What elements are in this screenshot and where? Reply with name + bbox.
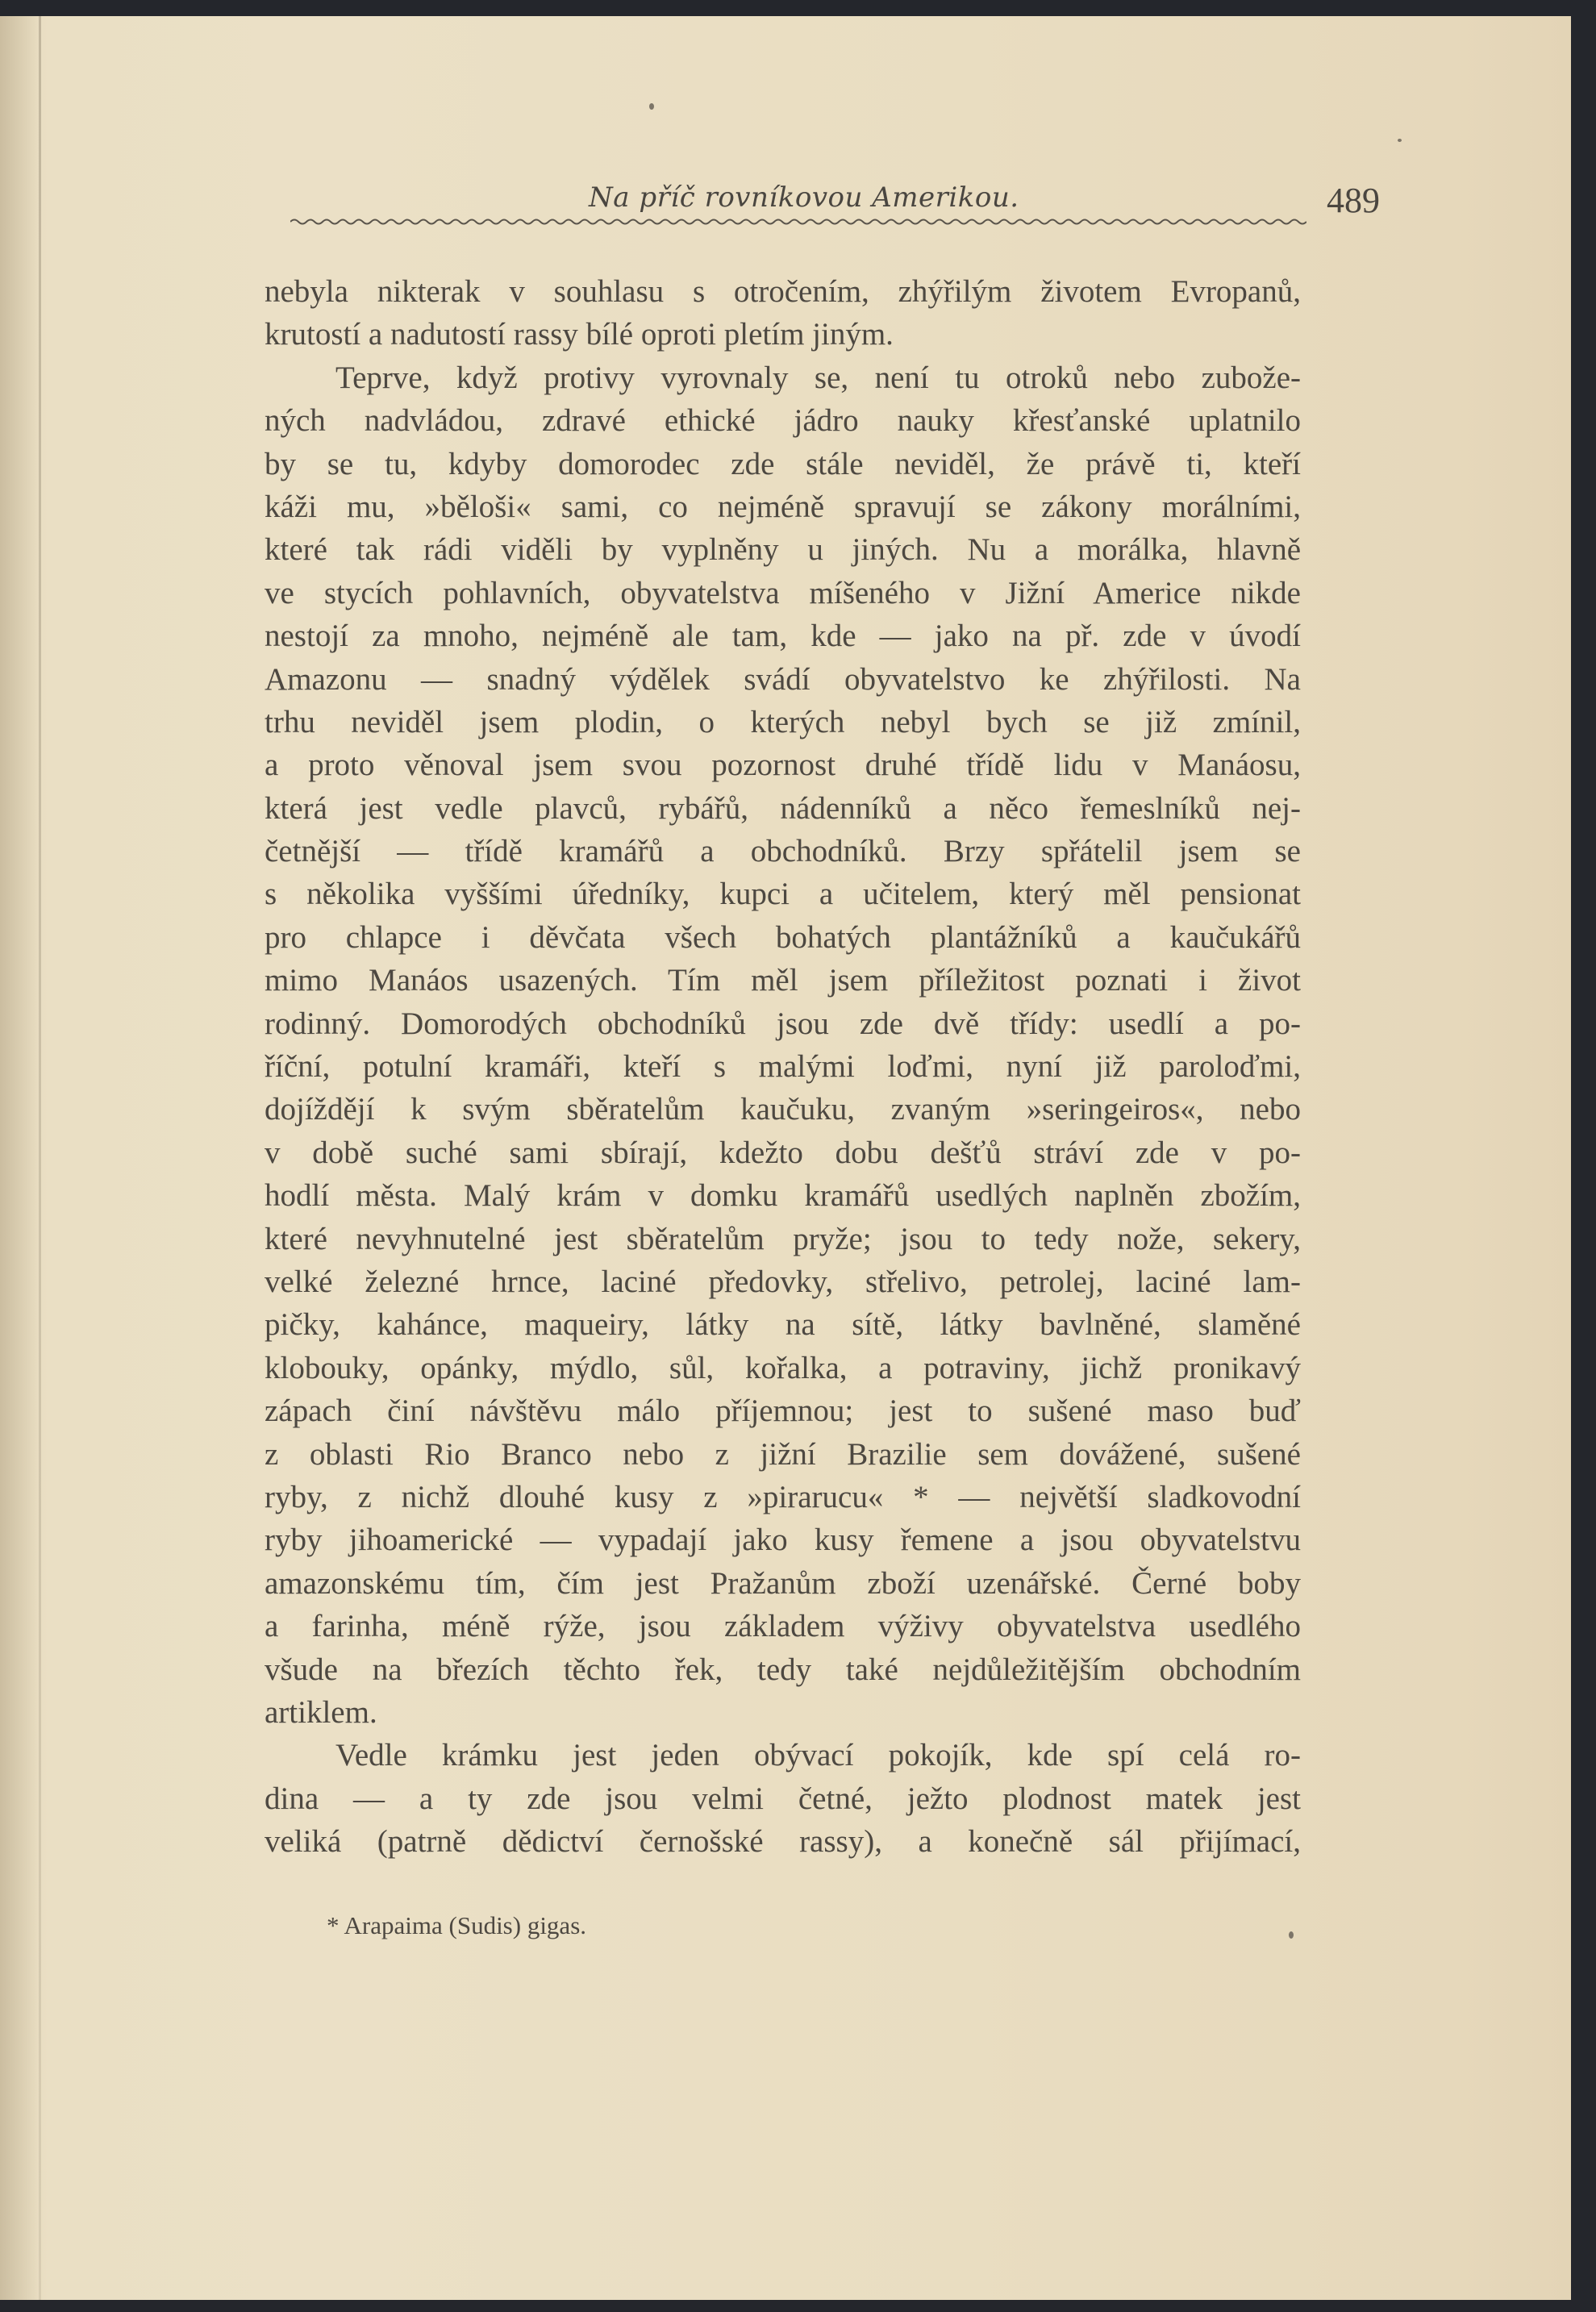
gutter-shadow [0,16,39,2300]
text-line: káži mu, »běloši« sami, co nejméně sprav… [265,485,1301,528]
text-line: ve stycích pohlavních, obyvatelstva míše… [265,572,1301,614]
paper-speck [1398,139,1402,142]
text-line: Teprve, když protivy vyrovnaly se, není … [265,356,1301,399]
text-line: nebyla nikterak v souhlasu s otročením, … [265,270,1301,313]
text-line: a proto věnoval jsem svou pozornost druh… [265,744,1301,786]
text-line: a farinha, méně rýže, jsou základem výži… [265,1605,1301,1648]
text-line: ryby jihoamerické — vypadají jako kusy ř… [265,1518,1301,1561]
text-line: nestojí za mnoho, nejméně ale tam, kde —… [265,614,1301,657]
text-line: četnější — třídě kramářů a obchodníků. B… [265,830,1301,873]
gutter-line [39,16,41,2300]
text-line: Amazonu — snadný výdělek svádí obyvatels… [265,658,1301,701]
text-line: mimo Manáos usazených. Tím měl jsem příl… [265,959,1301,1002]
footnote: * Arapaima (Sudis) gigas. [327,1911,586,1940]
text-line: amazonskému tím, čím jest Pražanům zboží… [265,1562,1301,1605]
text-line: artiklem. [265,1691,1301,1734]
text-line: krutostí a nadutostí rassy bílé oproti p… [265,313,1301,356]
text-line: trhu neviděl jsem plodin, o kterých neby… [265,701,1301,744]
text-line: veliká (patrně dědictví černošské rassy)… [265,1820,1301,1863]
wavy-rule-divider [290,216,1306,227]
paper-speck [1289,1931,1294,1939]
text-line: říční, potulní kramáři, kteří s malými l… [265,1045,1301,1088]
page-number: 489 [1327,180,1380,221]
text-line: zápach činí návštěvu málo příjemnou; jes… [265,1389,1301,1432]
text-line: které tak rádi viděli by vyplněny u jiný… [265,528,1301,571]
text-line: hodlí města. Malý krám v domku kramářů u… [265,1174,1301,1217]
paper-speck [649,103,654,110]
text-line: pro chlapce i děvčata všech bohatých pla… [265,916,1301,959]
running-title: Na příč rovníkovou Amerikou. [589,181,1019,214]
text-line: velké železné hrnce, laciné předovky, st… [265,1260,1301,1303]
text-line: z oblasti Rio Branco nebo z jižní Brazil… [265,1433,1301,1476]
text-line: s několika vyššími úředníky, kupci a uči… [265,873,1301,915]
text-line: v době suché sami sbírají, kdežto dobu d… [265,1131,1301,1174]
text-line: klobouky, opánky, mýdlo, sůl, kořalka, a… [265,1347,1301,1389]
text-line: Vedle krámku jest jeden obývací pokojík,… [265,1734,1301,1777]
text-line: které nevyhnutelné jest sběratelům pryže… [265,1218,1301,1260]
text-line: rodinný. Domorodých obchodníků jsou zde … [265,1002,1301,1045]
text-line: ryby, z nichž dlouhé kusy z »pirarucu« *… [265,1476,1301,1518]
text-line: která jest vedle plavců, rybářů, nádenní… [265,787,1301,830]
text-line: všude na březích těchto řek, tedy také n… [265,1648,1301,1691]
text-line: by se tu, kdyby domorodec zde stále nevi… [265,443,1301,485]
body-text: nebyla nikterak v souhlasu s otročením, … [265,270,1301,1863]
book-page: Na příč rovníkovou Amerikou. 489 nebyla … [0,16,1571,2300]
text-line: pičky, kahánce, maqueiry, látky na sítě,… [265,1303,1301,1346]
text-line: dina — a ty zde jsou velmi četné, ježto … [265,1777,1301,1820]
text-line: ných nadvládou, zdravé ethické jádro nau… [265,399,1301,442]
text-line: dojíždějí k svým sběratelům kaučuku, zva… [265,1088,1301,1131]
